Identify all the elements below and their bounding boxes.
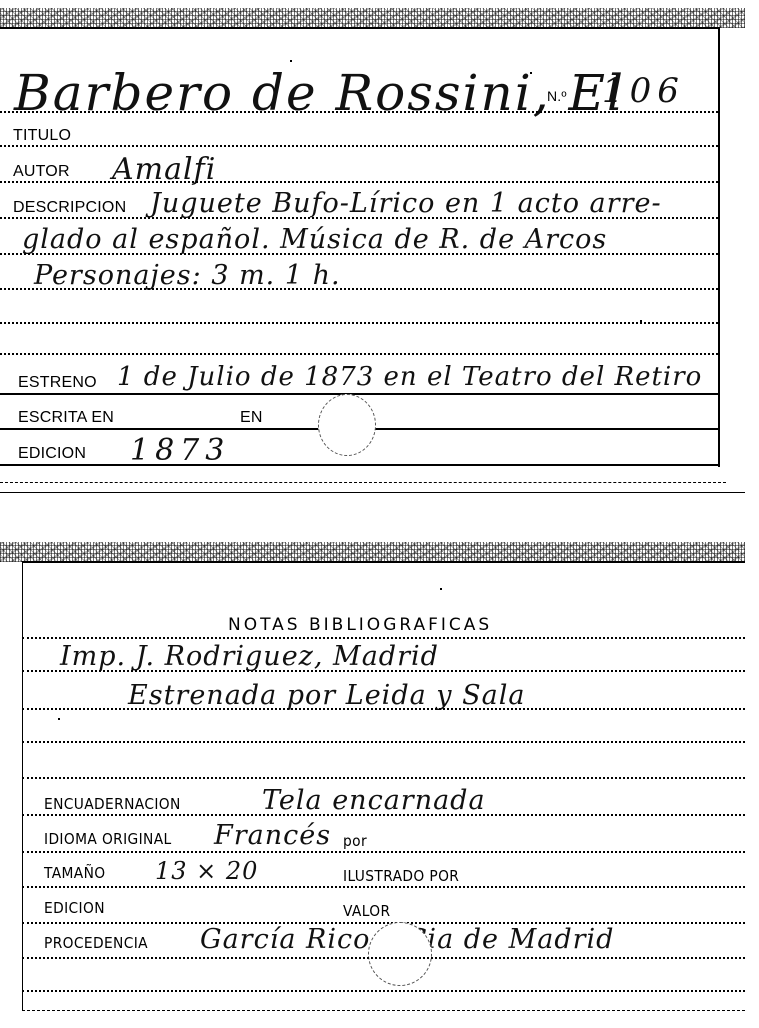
idioma-label: IDIOMA ORIGINAL — [44, 832, 172, 847]
ilustrado-label: ILUSTRADO POR — [343, 869, 459, 884]
speck — [530, 72, 532, 74]
por-label: por — [343, 834, 367, 849]
notas-rule-3 — [22, 708, 745, 710]
edicion-rule — [0, 464, 718, 466]
encuadernacion-rule — [22, 814, 745, 816]
blank-rule-2 — [0, 353, 718, 355]
notas-rule-4 — [22, 741, 745, 743]
escrita-en-label: ESCRITA EN — [18, 410, 114, 426]
card1-right-border — [718, 27, 720, 467]
estreno-label: ESTRENO — [18, 375, 97, 391]
notas-rule-1 — [22, 637, 745, 639]
titulo-label: TITULO — [13, 128, 71, 144]
encuadernacion-label: ENCUADERNACION — [44, 797, 181, 812]
descripcion-rule-3 — [0, 288, 718, 290]
idioma-value: Francés — [214, 822, 331, 849]
procedencia-label: PROCEDENCIA — [44, 936, 148, 951]
tamano-value: 13 × 20 — [155, 859, 258, 883]
estreno-rule — [0, 393, 718, 395]
descripcion-rule-2 — [0, 253, 718, 255]
card1-top-border — [0, 27, 720, 29]
title-rule — [0, 111, 718, 113]
card2-bottom-edge — [22, 1010, 745, 1011]
speck — [640, 320, 642, 322]
titulo-rule — [0, 145, 718, 147]
card1-bottom-edge — [0, 482, 726, 483]
descripcion-line-2: glado al español. Música de R. de Arcos — [22, 226, 607, 253]
speck — [440, 588, 442, 590]
idioma-rule — [22, 851, 745, 853]
blank-rule-1 — [0, 322, 718, 324]
descripcion-label: DESCRIPCION — [13, 200, 126, 216]
card2-top-border — [22, 561, 745, 563]
notas-rule-5 — [22, 777, 745, 779]
punch-hole-mark — [318, 394, 376, 456]
card-separator — [0, 492, 745, 493]
edicion-value: 1873 — [130, 436, 230, 466]
descripcion-line-1: Juguete Bufo-Lírico en 1 acto arre- — [150, 190, 662, 217]
encuadernacion-value: Tela encarnada — [262, 787, 486, 814]
edicion-label: EDICION — [18, 446, 86, 462]
descripcion-line-3: Personajes: 3 m. 1 h. — [34, 262, 341, 289]
estreno-value: 1 de Julio de 1873 en el Teatro del Reti… — [117, 364, 702, 390]
autor-label: AUTOR — [13, 164, 70, 180]
card2-left-border — [22, 561, 23, 1011]
card2-top-edge-texture — [0, 542, 745, 562]
autor-rule — [0, 181, 718, 183]
descripcion-rule-1 — [0, 217, 718, 219]
valor-label: VALOR — [343, 904, 390, 919]
punch-hole-mark-2 — [368, 922, 432, 986]
notas-heading: NOTAS BIBLIOGRAFICAS — [228, 617, 492, 634]
procedencia-rule — [22, 957, 745, 959]
speck — [290, 60, 292, 62]
notes-line-1: Imp. J. Rodriguez, Madrid — [60, 643, 439, 670]
speck — [58, 718, 60, 720]
notas-rule-2 — [22, 670, 745, 672]
number-label: N.º — [547, 89, 567, 103]
edicion2-label: EDICION — [44, 901, 105, 916]
en-label: EN — [240, 410, 263, 426]
number-value: 106 — [602, 74, 685, 108]
card2-bottom-rule — [22, 990, 745, 992]
card1-top-edge-texture — [0, 8, 745, 28]
tamano-label: TAMAÑO — [44, 866, 106, 881]
tamano-rule — [22, 886, 745, 888]
notes-line-2: Estrenada por Leida y Sala — [128, 682, 525, 709]
